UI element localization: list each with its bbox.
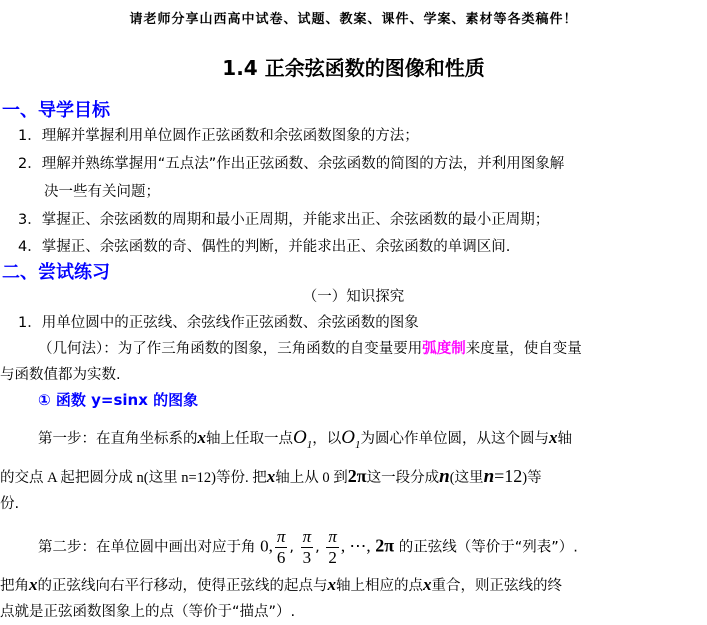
- text: 这一段分成: [367, 470, 440, 486]
- goal-item-3: 3．掌握正、余弦函数的周期和最小正周期，并能求出正、余弦函数的最小正周期；: [18, 208, 549, 229]
- step2-line1: 第二步：在单位圆中画出对应于角 0,π6, π3, π2, ⋯, 2π 的正弦线…: [38, 527, 578, 568]
- math-x: x: [267, 467, 276, 486]
- subheading-sinx: ① 函数 y=sinx 的图象: [38, 389, 198, 410]
- math-x: x: [423, 575, 432, 594]
- text: 轴: [557, 431, 572, 447]
- text: 的正弦线（等价于“列表”）.: [399, 540, 578, 556]
- math-x: x: [198, 428, 207, 447]
- math-n: n: [439, 466, 450, 487]
- text: 为圆心作单位圆，从这个圆与: [360, 431, 549, 447]
- goal-item-4: 4．掌握正、余弦函数的奇、偶性的判断，并能求出正、余弦函数的单调区间.: [18, 235, 510, 256]
- text: 轴上从 0 到: [275, 470, 348, 486]
- step1-line2: 的交点 A 起把圆分成 n(这里 n=12)等份. 把x轴上从 0 到2π这一段…: [0, 466, 542, 488]
- step2-line3: 点就是正弦函数图象上的点（等价于“描点”）.: [0, 600, 295, 621]
- goal-item-2: 2．理解并熟练掌握用“五点法”作出正弦函数、余弦函数的简图的方法，并利用图象解: [18, 152, 564, 173]
- goal-item-2-cont: 决一些有关问题；: [44, 180, 160, 201]
- section-heading-goals: 一、导学目标: [2, 96, 110, 122]
- text: 第二步：在单位圆中画出对应于角: [38, 540, 256, 556]
- geometry-paragraph: （几何法）：为了作三角函数的图象，三角函数的自变量要用弧度制来度量，使自变量: [38, 337, 582, 358]
- text: 重合，则正弦线的终: [432, 578, 563, 594]
- math-eq: =12: [494, 466, 522, 486]
- text: ，以: [312, 431, 341, 447]
- banner-text: 请老师分享山西高中试卷、试题、教案、课件、学案、素材等各类稿件！: [0, 8, 707, 27]
- section-heading-practice: 二、尝试练习: [2, 258, 110, 284]
- math-O1: O1: [293, 427, 312, 448]
- highlight-radian: 弧度制: [422, 341, 466, 357]
- math-2pi: 2π: [375, 536, 394, 556]
- text: 的正弦线向右平行移动，使得正弦线的起点与: [38, 578, 328, 594]
- math-n: n: [484, 466, 495, 487]
- geometry-paragraph-cont: 与函数值都为实数.: [0, 363, 121, 384]
- fraction-pi-3: π3: [301, 527, 314, 568]
- math-x: x: [328, 575, 337, 594]
- goal-item-1: 1．理解并掌握利用单位圆作正弦函数和余弦函数图象的方法；: [18, 124, 419, 145]
- fraction-pi-2: π2: [326, 527, 339, 568]
- text: 轴上任取一点: [206, 431, 293, 447]
- text: )等: [522, 470, 541, 486]
- practice-item-1: 1．用单位圆中的正弦线、余弦线作正弦函数、余弦函数的图象: [18, 311, 419, 332]
- text: 第一步：在直角坐标系的: [38, 431, 198, 447]
- text: 把角: [0, 578, 29, 594]
- step1-line1: 第一步：在直角坐标系的x轴上任取一点O1，以O1为圆心作单位圆，从这个圆与x轴: [38, 427, 572, 451]
- subheading-knowledge: （一）知识探究: [0, 285, 707, 306]
- step2-line2: 把角x的正弦线向右平行移动，使得正弦线的起点与x轴上相应的点x重合，则正弦线的终: [0, 574, 562, 595]
- step1-line3: 份.: [0, 492, 19, 513]
- math-x: x: [29, 575, 38, 594]
- text: 来度量，使自变量: [466, 341, 582, 357]
- math-2pi: 2π: [348, 466, 367, 486]
- page-title: 1.4 正余弦函数的图像和性质: [0, 52, 707, 81]
- text: 的交点 A 起把圆分成 n(这里 n=12)等份. 把: [0, 470, 267, 486]
- ellipsis: , ⋯,: [341, 537, 371, 556]
- text: (这里: [450, 470, 484, 486]
- fraction-pi-6: π6: [275, 527, 288, 568]
- text: 轴上相应的点: [336, 578, 423, 594]
- math-O1: O1: [341, 427, 360, 448]
- math-zero: 0,: [260, 537, 273, 556]
- text: （几何法）：为了作三角函数的图象，三角函数的自变量要用: [38, 341, 422, 357]
